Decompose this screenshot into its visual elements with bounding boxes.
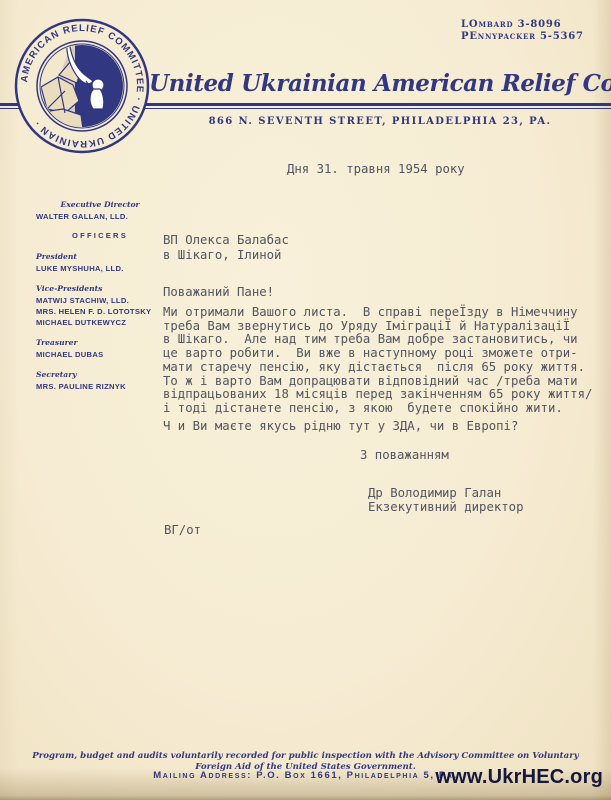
role-label: President bbox=[36, 252, 164, 261]
officer-group-treasurer: Treasurer MICHAEL DUBAS bbox=[36, 338, 164, 360]
phone-line-2: PEnnypacker 5-5367 bbox=[461, 31, 584, 43]
addressee-block: ВП Олекса Балабас в Шікаго, Ілиной bbox=[163, 233, 289, 262]
closing-line: З поважанням bbox=[360, 449, 449, 463]
officer-group-president: President LUKE MYSHUHA, LLD. bbox=[36, 252, 164, 274]
footer-notice-line-1: Program, budget and audits voluntarily r… bbox=[0, 751, 611, 762]
phone-line-1: LOmbard 3-8096 bbox=[461, 19, 584, 31]
role-label: Treasurer bbox=[36, 338, 164, 347]
officer-name: MRS. PAULINE RIZNYK bbox=[36, 381, 164, 392]
letter-scan-page: AMERICAN RELIEF COMMITTEE · UNITED UKRAI… bbox=[0, 0, 611, 800]
executive-director-name: WALTER GALLAN, LLD. bbox=[36, 211, 164, 222]
signature-block: Др Володимир Галан Екзекутивний директор bbox=[368, 487, 523, 514]
street-address: 866 N. SEVENTH STREET, PHILADELPHIA 23, … bbox=[150, 116, 610, 127]
role-label: Vice-Presidents bbox=[36, 284, 164, 293]
officer-group-secretary: Secretary MRS. PAULINE RIZNYK bbox=[36, 370, 164, 392]
role-label: Secretary bbox=[36, 370, 164, 379]
seal-icon: AMERICAN RELIEF COMMITTEE · UNITED UKRAI… bbox=[13, 17, 151, 155]
phone-numbers: LOmbard 3-8096 PEnnypacker 5-5367 bbox=[461, 19, 584, 43]
salutation: Поважаний Пане! bbox=[163, 286, 274, 300]
executive-director-label: Executive Director bbox=[36, 200, 164, 209]
organization-seal-logo: AMERICAN RELIEF COMMITTEE · UNITED UKRAI… bbox=[13, 17, 151, 155]
officer-name: MICHAEL DUBAS bbox=[36, 349, 164, 360]
body-paragraph: Ми отримали Вашого листа. В справі переЇ… bbox=[163, 306, 592, 416]
reference-initials: ВГ/от bbox=[164, 524, 201, 538]
officer-name: MICHAEL DUTKEWYCZ bbox=[36, 317, 164, 328]
officer-name: MRS. HELEN F. D. LOTOTSKY bbox=[36, 306, 164, 317]
letter-date: Дня 31. травня 1954 року bbox=[287, 163, 465, 177]
question-line: Ч и Ви маєте якусь рідню тут у ЗДА, чи в… bbox=[163, 420, 518, 434]
officer-name: LUKE MYSHUHA, LLD. bbox=[36, 263, 164, 274]
officers-heading: OFFICERS bbox=[36, 231, 164, 240]
organization-title: United Ukrainian American Relief Committ… bbox=[149, 70, 611, 97]
archive-watermark: www.UkrHEC.org bbox=[435, 766, 603, 789]
officer-group-vice-presidents: Vice-Presidents MATWIJ STACHIW, LLD. MRS… bbox=[36, 284, 164, 328]
officer-name: MATWIJ STACHIW, LLD. bbox=[36, 295, 164, 306]
officers-sidebar: Executive Director WALTER GALLAN, LLD. O… bbox=[36, 200, 164, 392]
